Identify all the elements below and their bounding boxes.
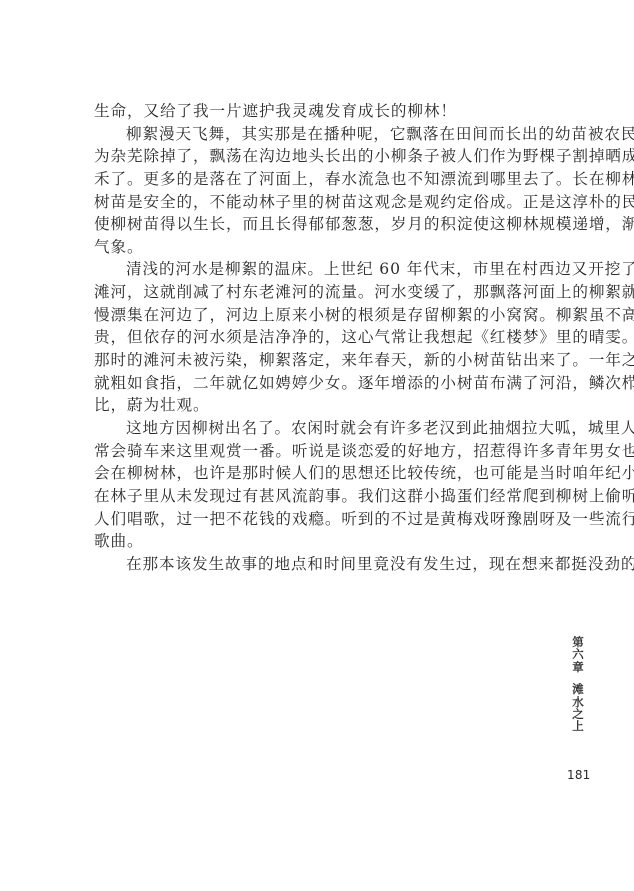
text-line: 比，蔚为壮观。 (94, 394, 546, 417)
chapter-char: 六 (570, 648, 586, 660)
text-line: 歌曲。 (94, 530, 546, 553)
text-line: 会在柳树林，也许是那时候人们的思想还比较传统，也可能是当时咱年纪小， (94, 462, 546, 485)
text-line: 那时的滩河未被污染，柳絮落定，来年春天，新的小树苗钻出来了。一年之间 (94, 349, 546, 372)
text-line: 树苗是安全的，不能动林子里的树苗这观念是观约定俗成。正是这淳朴的民风 (94, 191, 546, 214)
chapter-side-tab: 第 六 章 滩 水 之 上 (570, 636, 586, 733)
text-line: 贵，但依存的河水须是洁净净的，这心气常让我想起《红楼梦》里的晴雯。 (94, 326, 546, 349)
chapter-char: 章 (570, 661, 586, 673)
text-line: 为杂芜除掉了，飘荡在沟边地头长出的小柳条子被人们作为野棵子割掉晒成柴 (94, 145, 546, 168)
text-line: 使柳树苗得以生长，而且长得郁郁葱葱，岁月的积淀使这柳林规模递增，渐成 (94, 213, 546, 236)
text-line: 滩河，这就削减了村东老滩河的流量。河水变缓了，那飘落河面上的柳絮就慢 (94, 281, 546, 304)
body-text: 生命，又给了我一片遮护我灵魂发育成长的柳林！柳絮漫天飞舞，其实那是在播种呢，它飘… (94, 100, 546, 575)
text-line: 在那本该发生故事的地点和时间里竟没有发生过，现在想来都挺没劲的！ (94, 553, 546, 576)
text-line: 禾了。更多的是落在了河面上，春水流急也不知漂流到哪里去了。长在柳林的 (94, 168, 546, 191)
text-line: 人们唱歌，过一把不花钱的戏瘾。听到的不过是黄梅戏呀豫剧呀及一些流行 (94, 508, 546, 531)
page-number: 181 (567, 768, 591, 782)
text-line: 生命，又给了我一片遮护我灵魂发育成长的柳林！ (94, 100, 546, 123)
chapter-title-char: 滩 (570, 683, 586, 695)
text-line: 慢漂集在河边了，河边上原来小树的根须是存留柳絮的小窝窝。柳絮虽不高 (94, 304, 546, 327)
text-line: 常会骑车来这里观赏一番。听说是谈恋爱的好地方，招惹得许多青年男女也约 (94, 440, 546, 463)
text-line: 清浅的河水是柳絮的温床。上世纪 60 年代末，市里在村西边又开挖了新 (94, 258, 546, 281)
text-line: 就粗如食指，二年就亿如娉婷少女。逐年增添的小树苗布满了河沿，鳞次栉 (94, 372, 546, 395)
text-line: 气象。 (94, 236, 546, 259)
text-line: 这地方因柳树出名了。农闲时就会有许多老汉到此抽烟拉大呱，城里人也 (94, 417, 546, 440)
chapter-title-char: 上 (570, 720, 586, 732)
book-page: 生命，又给了我一片遮护我灵魂发育成长的柳林！柳絮漫天飞舞，其实那是在播种呢，它飘… (0, 0, 634, 891)
text-line: 柳絮漫天飞舞，其实那是在播种呢，它飘落在田间而长出的幼苗被农民作 (94, 123, 546, 146)
text-line: 在林子里从未发现过有甚风流韵事。我们这群小捣蛋们经常爬到柳树上偷听恋 (94, 485, 546, 508)
